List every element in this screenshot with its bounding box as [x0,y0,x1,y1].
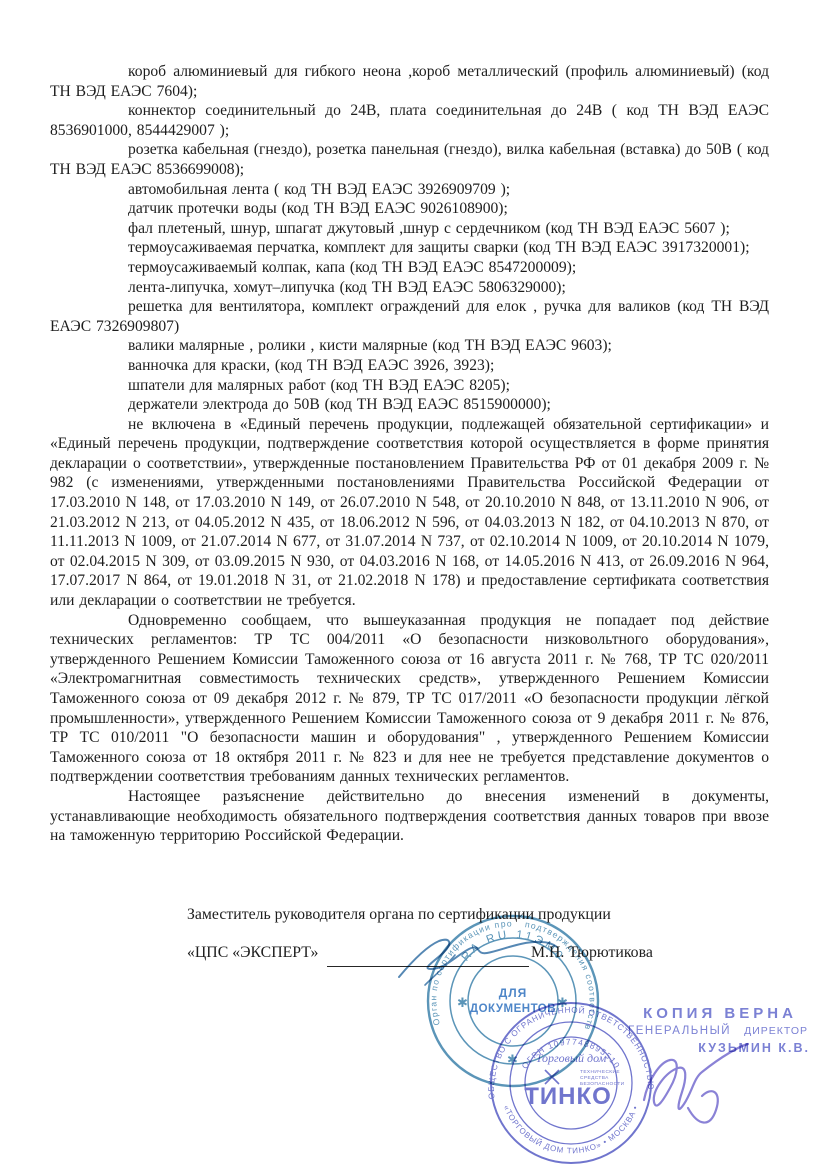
paragraph: не включена в «Единый перечень продукции… [50,415,769,611]
company-logo-sub1: ТЕХНИЧЕСКИЕ [580,1069,620,1075]
paragraph: термоусаживаемый колпак, капа (код ТН ВЭ… [50,258,769,278]
director-handwritten-signature [636,1038,756,1138]
paragraph: ванночка для краски, (код ТН ВЭД ЕАЭС 39… [50,356,769,376]
copy-stamp-title: КОПИЯ ВЕРНА [628,1006,812,1021]
paragraph: коннектор соединительный до 24В, плата с… [50,101,769,140]
company-logo-sub2: СРЕДСТВА [580,1075,609,1081]
paragraph: термоусаживаемая перчатка, комплект для … [50,238,769,258]
company-logo-text: ТИНКО [524,1083,612,1110]
company-stamp-script: Торговый дом [536,1051,607,1065]
certification-org-name: «ЦПС «ЭКСПЕРТ» [187,944,318,962]
paragraph: Настоящее разъяснение действительно до в… [50,787,769,846]
paragraph: валики малярные , ролики , кисти малярны… [50,336,769,356]
paragraph: фал плетеный, шнур, шпагат джутовый ,шну… [50,219,769,239]
paragraph: решетка для вентилятора, комплект огражд… [50,297,769,336]
paragraph: шпатели для малярных работ (код ТН ВЭД Е… [50,376,769,396]
stamp-star-left: ✱ [457,995,468,1010]
document-body: короб алюминиевый для гибкого неона ,кор… [50,62,769,846]
copy-stamp-role-left: Генеральный [628,1026,731,1038]
paragraph: автомобильная лента ( код ТН ВЭД ЕАЭС 39… [50,180,769,200]
paragraph: розетка кабельная (гнездо), розетка пане… [50,140,769,179]
copy-stamp-role-right: директор [744,1026,808,1037]
document-page: короб алюминиевый для гибкого неона ,кор… [0,0,823,1165]
paragraph: держатели электрода до 50В (код ТН ВЭД Е… [50,395,769,415]
stamp-center-line1: ДЛЯ [499,986,528,1000]
paragraph: короб алюминиевый для гибкого неона ,кор… [50,62,769,101]
paragraph: датчик протечки воды (код ТН ВЭД ЕАЭС 90… [50,199,769,219]
paragraph: Одновременно сообщаем, что вышеуказанная… [50,611,769,787]
logo-rays [545,1070,559,1084]
paragraph: лента-липучка, хомут–липучка (код ТН ВЭД… [50,278,769,298]
company-logo-sub3: БЕЗОПАСНОСТИ [580,1081,625,1087]
